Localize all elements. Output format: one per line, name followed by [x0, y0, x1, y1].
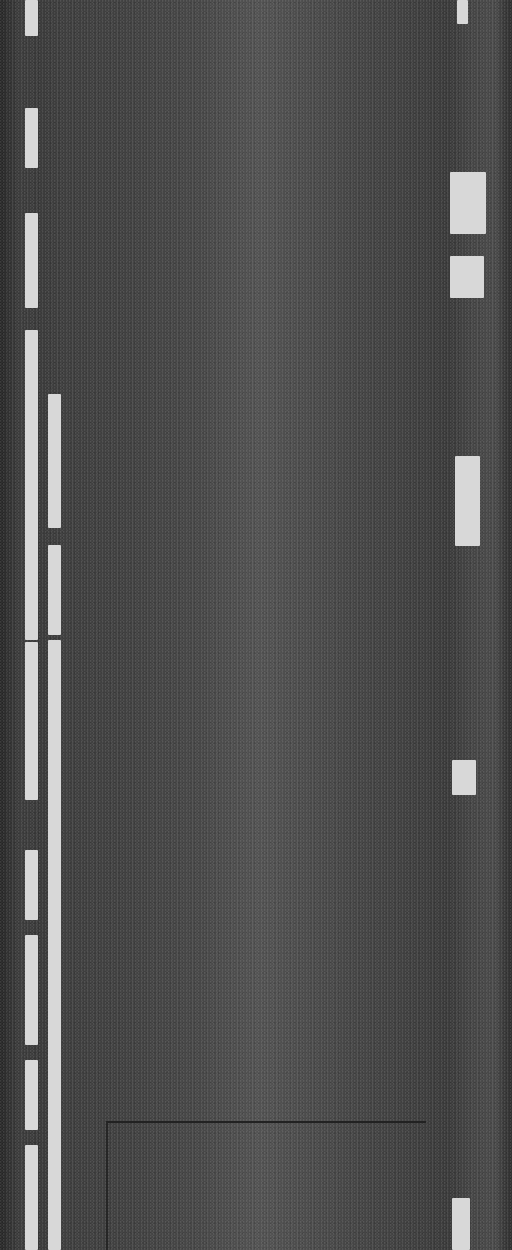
right-lane-marking	[455, 456, 480, 546]
center-lane-marking	[48, 640, 61, 1250]
asphalt-texture	[0, 0, 512, 1250]
left-lane-marking	[25, 1145, 38, 1250]
right-lane-marking	[452, 1198, 470, 1250]
center-lane-marking	[48, 394, 61, 528]
pavement-repair-patch	[106, 1121, 426, 1250]
left-lane-marking	[25, 935, 38, 1045]
left-lane-marking	[25, 330, 38, 640]
right-lane-marking	[450, 256, 484, 298]
right-lane-marking	[457, 0, 468, 24]
left-lane-marking	[25, 850, 38, 920]
right-lane-marking	[450, 172, 486, 234]
left-lane-marking	[25, 108, 38, 168]
right-lane-marking	[452, 760, 476, 795]
left-lane-marking	[25, 1060, 38, 1130]
left-lane-marking	[25, 213, 38, 308]
pavement-surface	[0, 0, 512, 1250]
left-lane-marking	[25, 642, 38, 800]
left-lane-marking	[25, 0, 38, 36]
center-lane-marking	[48, 545, 61, 635]
